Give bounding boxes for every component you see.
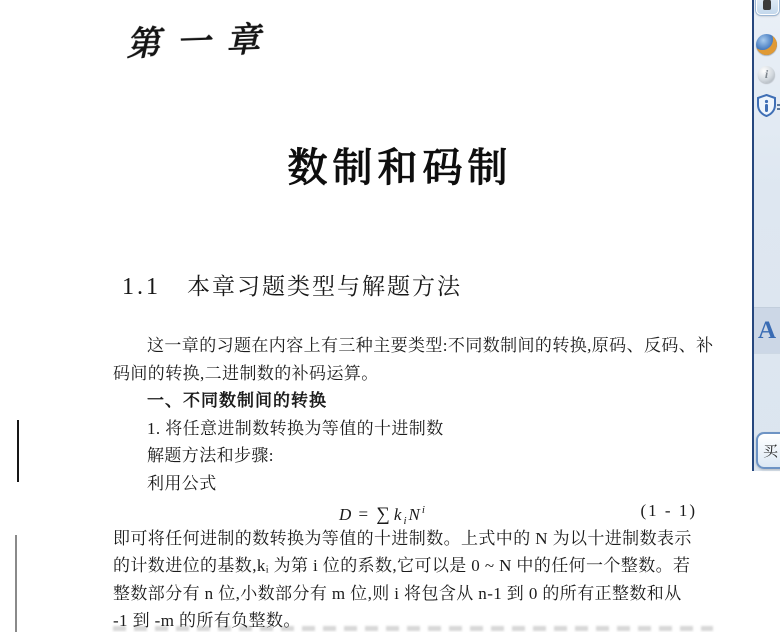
formula-var-k: k [393,505,404,524]
shield-info-icon[interactable] [756,94,777,117]
info-icon[interactable]: i [758,66,775,83]
toolbar-button-partial[interactable] [756,0,779,15]
reader-sidebar: i A 买 [752,0,780,471]
formula-expression: D = ∑kiNi [338,497,426,536]
buy-button[interactable]: 买 [756,432,780,469]
formula-row: D = ∑kiNi (1 - 1) [113,497,737,525]
subheading-conversion: 一、不同数制间的转换 [113,387,737,415]
formula-intro: 利用公式 [113,470,737,498]
paragraph1-line2: 码间的转换,二进制数的补码运算。 [113,360,737,388]
section-heading: 1.1 本章习题类型与解题方法 [122,268,462,301]
font-tool-panel[interactable]: A [754,307,780,354]
formula-superscript-i: i [422,504,426,516]
globe-search-icon[interactable] [756,34,777,55]
steps-label: 解题方法和步骤: [113,442,737,470]
clipped-text-line [113,626,713,631]
list-item-1: 1. 将任意进制数转换为等值的十进制数 [113,415,737,443]
formula-equals: = [359,505,370,524]
page-title: 数制和码制 [48,136,752,193]
formula-var-D: D [338,505,353,524]
scan-artifact-line [17,420,19,482]
equation-number: (1 - 1) [641,497,697,525]
paragraph2-line3: 整数部分有 n 位,小数部分有 m 位,则 i 将包含从 n-1 到 0 的所有… [113,580,737,608]
paragraph2-line2: 的计数进位的基数,kᵢ 为第 i 位的系数,它可以是 0 ~ N 中的任何一个整… [113,552,737,580]
tool-icon [763,0,771,10]
paragraph1-line1: 这一章的习题在内容上有三种主要类型:不同数制间的转换,原码、反码、补 [113,332,737,360]
section-number: 1.1 [122,274,161,301]
scanned-page: 第一章 数制和码制 1.1 本章习题类型与解题方法 这一章的习题在内容上有三种主… [0,0,752,632]
font-tool-icon: A [758,317,776,345]
chapter-calligraphy: 第一章 [125,11,277,65]
formula-subscript-i: i [403,515,407,527]
formula-var-N: N [408,505,422,524]
buy-button-label: 买 [763,440,778,461]
section-title: 本章习题类型与解题方法 [187,268,462,301]
scan-artifact-line [15,535,17,632]
sigma-symbol: ∑ [374,504,393,525]
info-icon-letter: i [765,67,768,82]
body-text: 这一章的习题在内容上有三种主要类型:不同数制间的转换,原码、反码、补 码间的转换… [113,332,737,632]
